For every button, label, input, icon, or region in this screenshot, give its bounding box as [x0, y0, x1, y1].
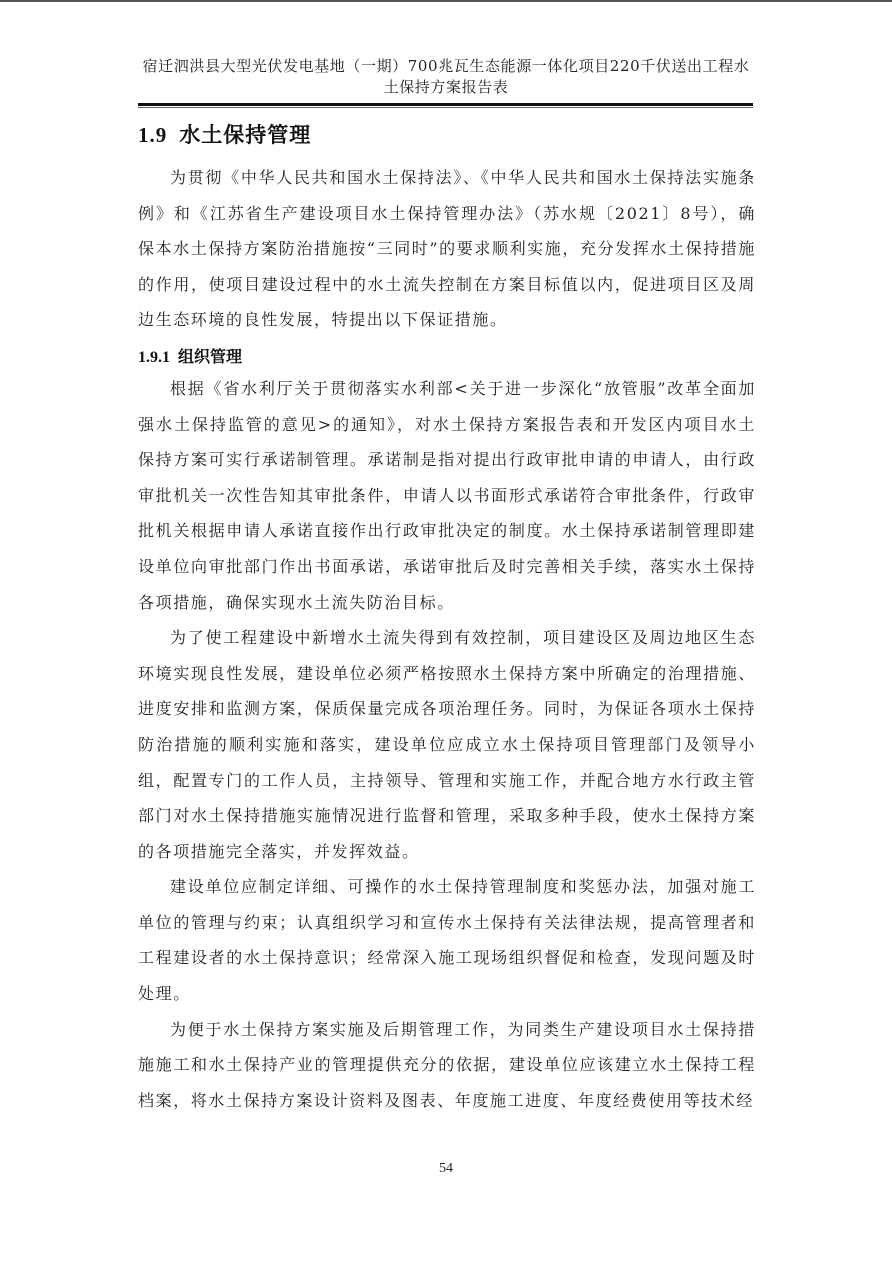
paragraph-commitment-system: 根据《省水利厅关于贯彻落实水利部<关于进一步深化“放管服”改革全面加强水土保持监…	[138, 371, 756, 620]
subsection-heading: 1.9.1组织管理	[138, 344, 756, 371]
paragraph-management-rules: 建设单位应制定详细、可操作的水土保持管理制度和奖惩办法，加强对施工单位的管理与约…	[138, 869, 756, 1011]
page-content: 1.9水土保持管理 为贯彻《中华人民共和国水土保持法》、《中华人民共和国水土保持…	[138, 118, 756, 1118]
subsection-title: 组织管理	[178, 347, 242, 366]
header-double-rule	[138, 103, 753, 108]
paragraph-engineering-archive: 为便于水土保持方案实施及后期管理工作，为同类生产建设项目水土保持措施施工和水土保…	[138, 1012, 756, 1119]
paragraph-erosion-control: 为了使工程建设中新增水土流失得到有效控制，项目建设区及周边地区生态环境实现良性发…	[138, 620, 756, 869]
page-top-border	[0, 0, 892, 2]
section-intro-paragraph: 为贯彻《中华人民共和国水土保持法》、《中华人民共和国水土保持法实施条例》和《江苏…	[138, 160, 756, 338]
header-title-line-1: 宿迁泗洪县大型光伏发电基地（一期）700兆瓦生态能源一体化项目220千伏送出工程…	[138, 56, 754, 77]
header-rule-thin	[138, 107, 753, 108]
section-heading: 1.9水土保持管理	[138, 118, 756, 152]
header-title-line-2: 土保持方案报告表	[138, 77, 754, 98]
page-number: 54	[0, 1161, 892, 1177]
page-header: 宿迁泗洪县大型光伏发电基地（一期）700兆瓦生态能源一体化项目220千伏送出工程…	[138, 56, 754, 98]
subsection-number: 1.9.1	[138, 349, 170, 366]
section-number: 1.9	[138, 123, 167, 147]
section-title: 水土保持管理	[179, 123, 311, 147]
